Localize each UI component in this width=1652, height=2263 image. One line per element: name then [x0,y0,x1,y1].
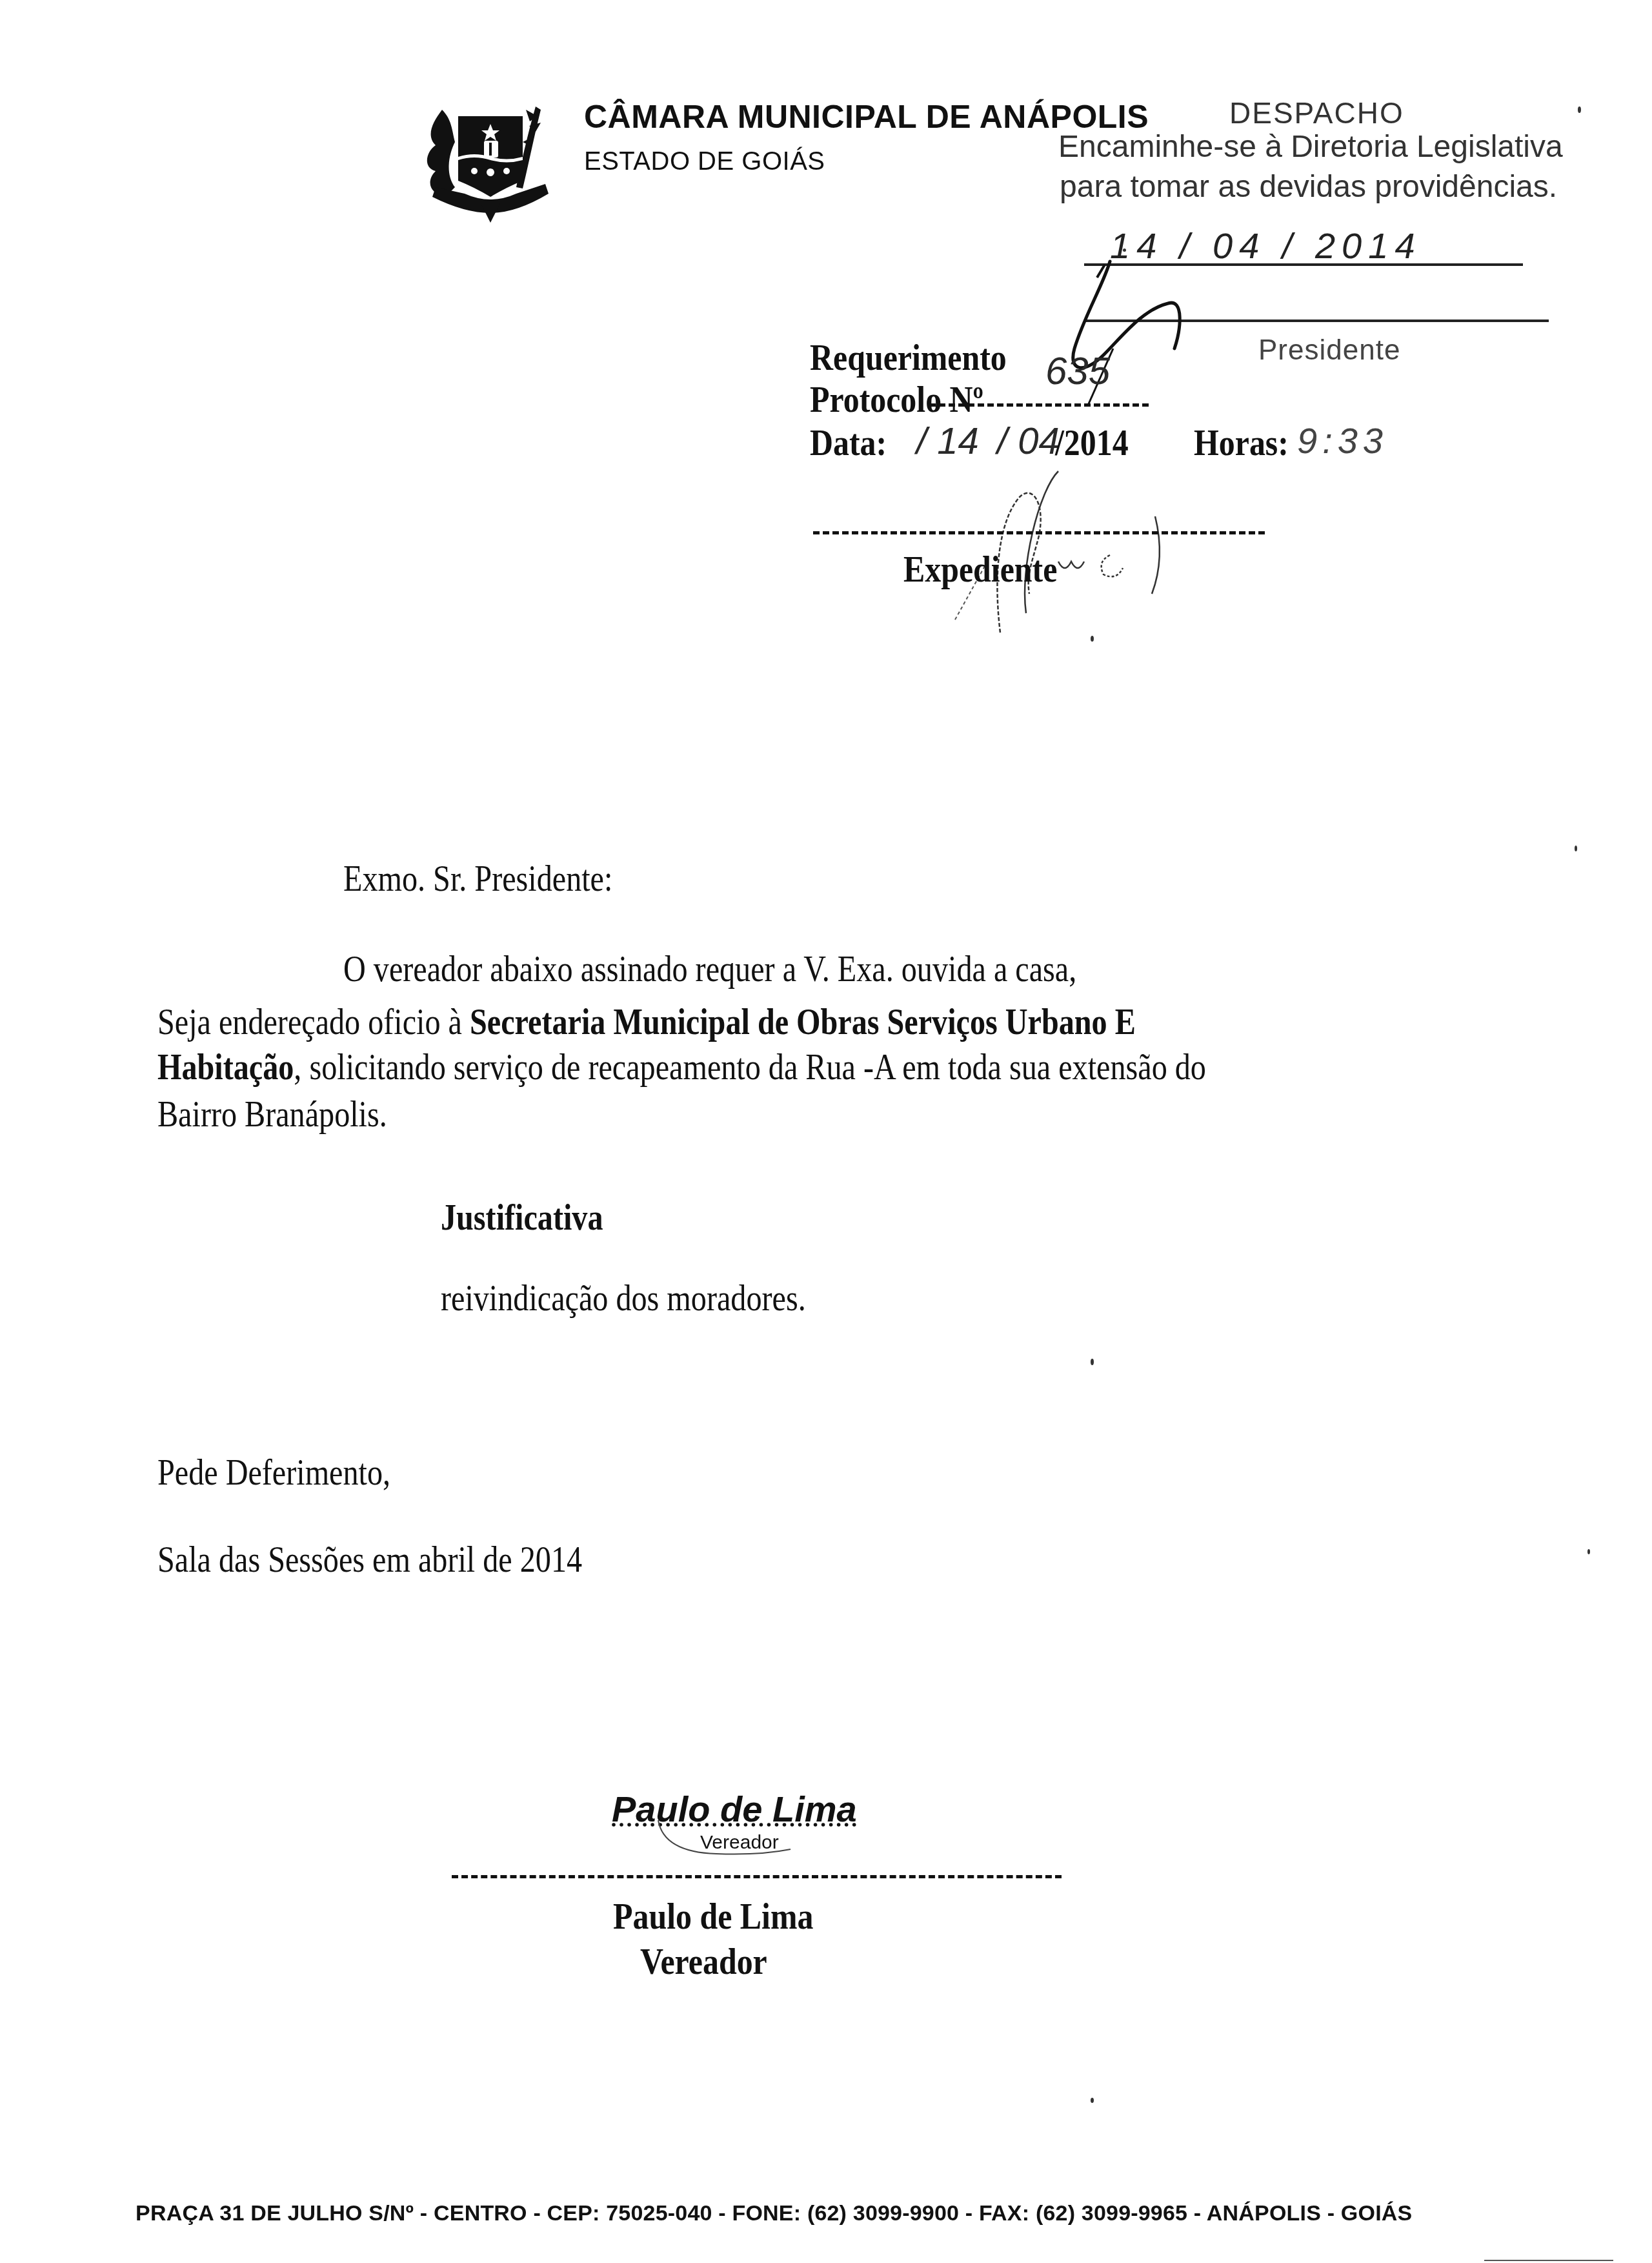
justificativa-text: reivindicação dos moradores. [441,1278,806,1319]
request-line-3: Bairro Branápolis. [157,1094,387,1135]
closing-text: Pede Deferimento, [157,1452,390,1494]
data-month: / 04 [997,420,1060,463]
despacho-instruction-line-2: para tomar as devidas providências. [1060,169,1557,205]
despacho-date-sep: / [1282,225,1299,266]
salutation: Exmo. Sr. Presidente: [343,858,612,900]
scan-speck [1091,636,1094,642]
recipient-secretariat-cont: Habitação [157,1048,294,1088]
despacho-instruction-line-1: Encaminhe-se à Diretoria Legislativa [1058,129,1563,165]
recipient-secretariat: Secretaria Municipal de Obras Serviços U… [470,1002,1136,1042]
municipal-coat-of-arms-icon [419,90,555,226]
despacho-date-year: 2014 [1315,225,1422,266]
protocolo-dashed-line [929,403,1149,407]
signature-stamp-role: Vereador [700,1832,779,1854]
data-year: /2014 [1055,421,1129,464]
organization-state: ESTADO DE GOIÁS [584,147,825,176]
data-label: Data: [810,421,887,464]
request-line-2: Habitação, solicitando serviço de recape… [157,1047,1206,1088]
protocolo-label: Protocolo Nº [810,378,983,421]
place-date: Sala das Sessões em abril de 2014 [157,1539,582,1581]
data-day: / 14 [916,420,979,463]
expediente-label: Expediente [903,547,1057,591]
scan-speck [1091,1359,1094,1365]
footer-address: PRAÇA 31 DE JULHO S/Nº - CENTRO - CEP: 7… [136,2201,1412,2226]
signer-name: Paulo de Lima [613,1894,813,1938]
request-intro: O vereador abaixo assinado requer a V. E… [343,949,1076,990]
expediente-dashed-line [813,531,1265,534]
scan-speck [1575,846,1577,851]
request-line-1: Seja endereçado oficio à Secretaria Muni… [157,1002,1136,1043]
scan-speck [1578,107,1581,113]
justificativa-heading: Justificativa [441,1197,603,1239]
signature-dashed-line [452,1875,1062,1878]
scan-speck [1091,2098,1094,2103]
request-line-2-rest: , solicitando serviço de recapeamento da… [294,1048,1206,1088]
request-line-1-prefix: Seja endereçado oficio à [157,1002,470,1042]
horas-label: Horas: [1194,421,1289,464]
scan-speck [1123,249,1126,252]
despacho-title: DESPACHO [1229,96,1404,130]
footer-edge-line [1484,2260,1613,2261]
president-label: Presidente [1258,334,1400,367]
signer-role: Vereador [640,1940,767,1983]
horas-value: 9:33 [1297,420,1388,462]
requerimento-label: Requerimento [810,336,1007,379]
requerimento-number: 635 [1045,349,1110,393]
scan-speck [1587,1549,1590,1554]
